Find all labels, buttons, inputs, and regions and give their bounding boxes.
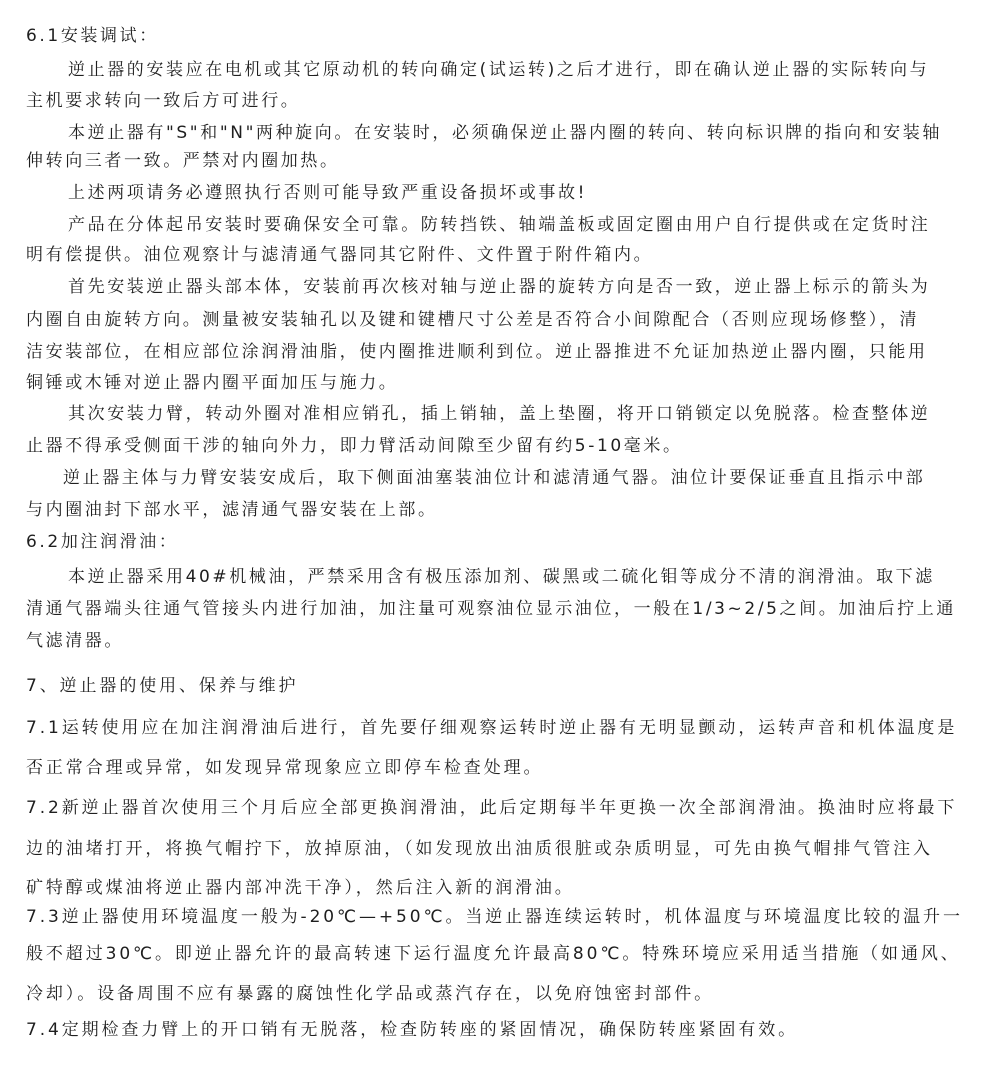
section-heading-7: 7、逆止器的使用、保养与维护 [26,675,298,697]
paragraph-line: 止器不得承受侧面干涉的轴向外力，即力臂活动间隙至少留有约5-10毫米。 [26,435,683,457]
paragraph-line: 本逆止器有"S"和"N"两种旋向。在安装时，必须确保逆止器内圈的转向、转向标识牌… [68,122,942,144]
paragraph-line: 矿特醇或煤油将逆止器内部冲洗干净），然后注入新的润滑油。 [26,877,575,899]
paragraph-line: 7.2新逆止器首次使用三个月后应全部更换润滑油，此后定期每半年更换一次全部润滑油… [26,797,957,819]
paragraph-line: 铜锤或木锤对逆止器内圈平面加压与施力。 [26,372,398,394]
paragraph-line: 其次安装力臂，转动外圈对准相应销孔，插上销轴，盖上垫圈，将开口销锁定以免脱落。检… [68,403,930,425]
section-heading-6-2: 6.2加注润滑油： [26,531,178,553]
paragraph-line: 明有偿提供。油位观察计与滤清通气器同其它附件、文件置于附件箱内。 [26,244,653,266]
paragraph-line: 与内圈油封下部水平，滤清通气器安装在上部。 [26,499,438,521]
paragraph-line: 主机要求转向一致后方可进行。 [26,90,300,112]
paragraph-line: 首先安装逆止器头部本体，安装前再次核对轴与逆止器的旋转方向是否一致，逆止器上标示… [68,276,930,298]
section-heading-6-1: 6.1安装调试： [26,25,159,47]
paragraph-line: 产品在分体起吊安装时要确保安全可靠。防转挡铁、轴端盖板或固定圈由用户自行提供或在… [68,214,930,236]
paragraph-line: 7.1运转使用应在加注润滑油后进行，首先要仔细观察运转时逆止器有无明显颤动，运转… [26,717,957,739]
paragraph-line: 冷却）。设备周围不应有暴露的腐蚀性化学品或蒸汽存在，以免府蚀密封部件。 [26,983,714,1005]
paragraph-line: 否正常合理或异常，如发现异常现象应立即停车检查处理。 [26,757,543,779]
paragraph-line: 逆止器主体与力臂安装安成后，取下侧面油塞装油位计和滤清通气器。油位计要保证垂直且… [63,467,925,489]
paragraph-line: 气滤清器。 [26,630,124,652]
paragraph-line: 洁安装部位，在相应部位涂润滑油脂，使内圈推进顺利到位。逆止器推进不允证加热逆止器… [26,341,928,363]
paragraph-line: 伸转向三者一致。严禁对内圈加热。 [26,150,340,172]
paragraph-line: 逆止器的安装应在电机或其它原动机的转向确定(试运转)之后才进行，即在确认逆止器的… [68,59,929,81]
paragraph-line: 7.4定期检查力臂上的开口销有无脱落，检查防转座的紧固情况，确保防转座紧固有效。 [26,1019,798,1041]
paragraph-line: 般不超过30℃。即逆止器允许的最高转速下运行温度允许最高80℃。特殊环境应采用适… [26,943,961,965]
paragraph-line: 7.3逆止器使用环境温度一般为-20℃—+50℃。当逆止器连续运转时，机体温度与… [26,906,963,928]
warning-line: 上述两项请务必遵照执行否则可能导致严重设备损坏或事故! [68,182,587,204]
paragraph-line: 内圈自由旋转方向。测量被安装轴孔以及键和键槽尺寸公差是否符合小间隙配合（否则应现… [26,309,919,331]
paragraph-line: 本逆止器采用40#机械油，严禁采用含有极压添加剂、碳黑或二硫化钼等成分不清的润滑… [68,566,935,588]
paragraph-line: 边的油堵打开，将换气帽拧下，放掉原油，（如发现放出油质很脏或杂质明显，可先由换气… [26,838,933,860]
paragraph-line: 清通气器端头往通气管接头内进行加油，加注量可观察油位显示油位，一般在1/3~2/… [26,598,956,620]
